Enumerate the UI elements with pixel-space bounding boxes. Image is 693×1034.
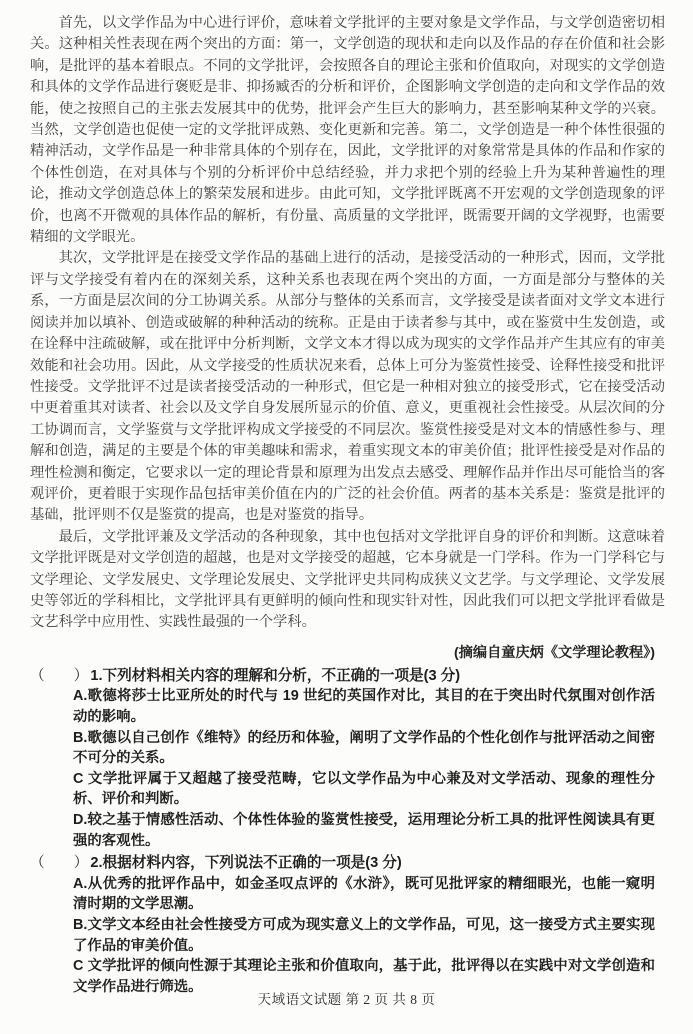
question-1-answer-bracket: （ ） <box>30 666 88 687</box>
question-1-option-b: B.歌德以自己创作《维特》的经历和体验，阐明了文学作品的个性化创作与批评活动之间… <box>73 728 655 769</box>
question-1: （ ） 1.下列材料相关内容的理解和分析，不正确的一项是(3 分) A.歌德将莎… <box>30 666 665 851</box>
reading-passage: 首先，以文学作品为中心进行评价，意味着文学批评的主要对象是文学作品，与文学创造密… <box>30 13 665 634</box>
question-2-answer-bracket: （ ） <box>30 853 88 874</box>
question-2-option-a: A.从优秀的批评作品中，如金圣叹点评的《水浒》，既可见批评家的精细眼光，也能一窥… <box>73 874 655 915</box>
passage-paragraph-1: 首先，以文学作品为中心进行评价，意味着文学批评的主要对象是文学作品，与文学创造密… <box>30 13 665 248</box>
question-2-option-b: B.文学文本经由社会性接受方可成为现实意义上的文学作品，可见，这一接受方式主要实… <box>73 915 655 956</box>
passage-paragraph-2: 其次，文学批评是在接受文学作品的基础上进行的活动，是接受活动的一种形式，因而，文… <box>30 248 665 526</box>
question-1-head: （ ） 1.下列材料相关内容的理解和分析，不正确的一项是(3 分) <box>30 666 665 687</box>
question-2: （ ） 2.根据材料内容，下列说法不正确的一项是(3 分) A.从优秀的批评作品… <box>30 853 665 997</box>
question-2-head: （ ） 2.根据材料内容，下列说法不正确的一项是(3 分) <box>30 853 665 874</box>
exam-page-scan: 首先，以文学作品为中心进行评价，意味着文学批评的主要对象是文学作品，与文学创造密… <box>0 0 693 1034</box>
question-2-stem: 2.根据材料内容，下列说法不正确的一项是(3 分) <box>90 853 401 874</box>
question-1-option-d: D.较之基于情感性活动、个体性体验的鉴赏性接受，运用理论分析工具的批评性阅读具有… <box>73 810 655 851</box>
question-1-option-c: C 文学批评属于又超越了接受范畴，它以文学作品为中心兼及对文学活动、现象的理性分… <box>73 769 655 810</box>
question-1-option-a: A.歌德将莎士比亚所处的时代与 19 世纪的英国作对比，其目的在于突出时代氛围对… <box>73 686 655 727</box>
page-footer: 天域语文试题 第 2 页 共 8 页 <box>0 988 693 1008</box>
question-1-stem: 1.下列材料相关内容的理解和分析，不正确的一项是(3 分) <box>90 666 460 687</box>
passage-paragraph-3: 最后，文学批评兼及文学活动的各种现象，其中也包括对文学批评自身的评价和判断。这意… <box>30 527 665 634</box>
source-attribution: (摘编自童庆炳《文学理论教程》) <box>30 643 655 663</box>
